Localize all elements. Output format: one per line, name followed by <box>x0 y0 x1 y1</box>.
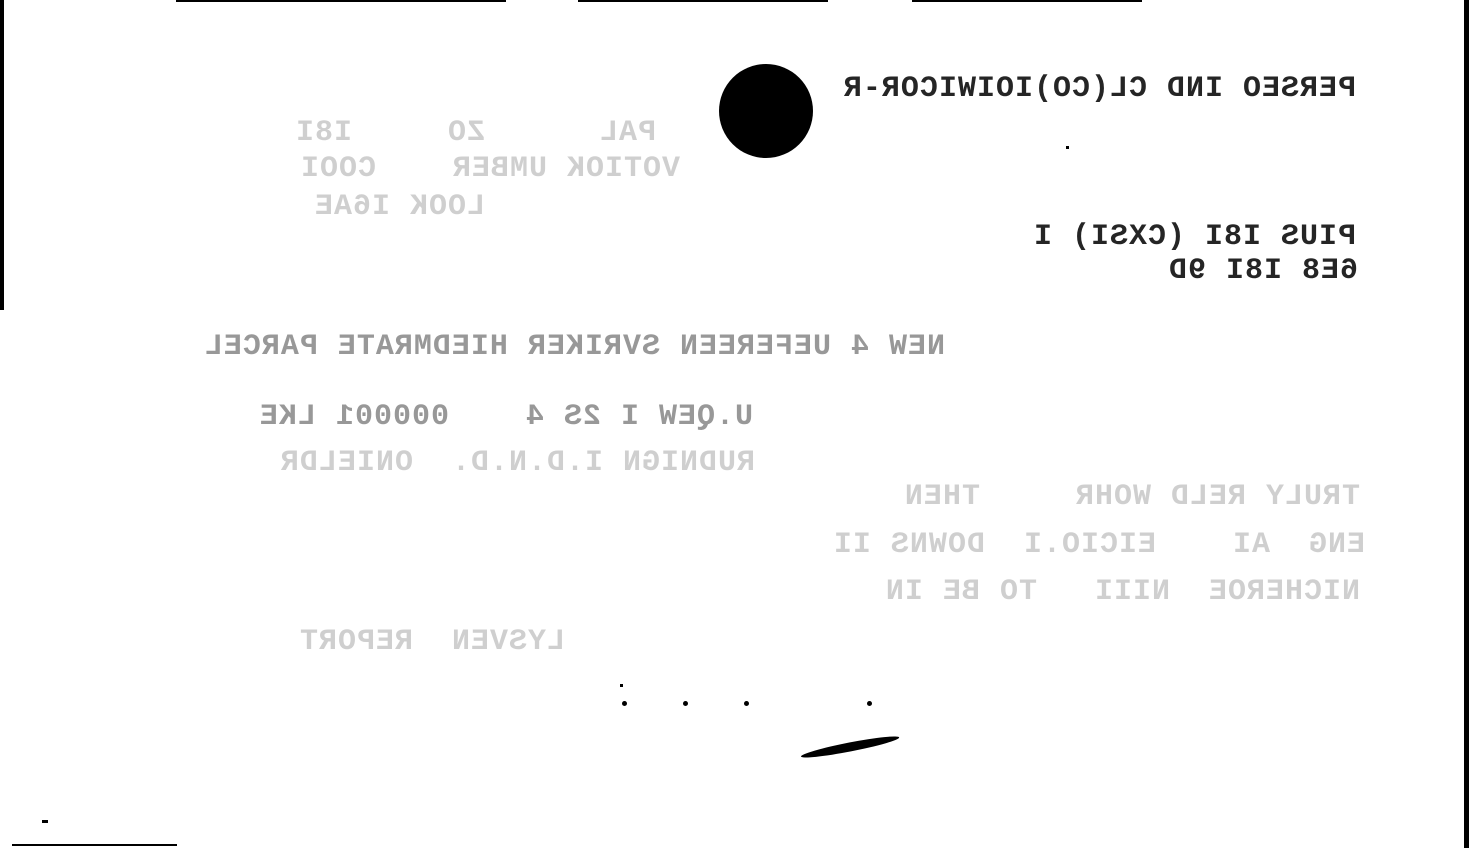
body-line-5: NICHEROE NIII TO BE IN <box>325 575 1360 609</box>
top-left-line-3: LOOK I6AE <box>245 190 485 224</box>
body-line-4: ENG AI EICIO.I DOWNS II <box>205 528 1365 562</box>
routing-line-1: PIUS I8I (CXSI) I <box>966 220 1356 254</box>
body-line-3: TRULY RELD WOHR THEN <box>660 480 1360 514</box>
scan-edge-top-1 <box>176 0 506 2</box>
mark-dot <box>867 701 872 706</box>
top-left-line-1: PAL ZO I8I <box>246 116 656 150</box>
mark-dot <box>622 701 627 706</box>
punch-hole <box>719 64 813 158</box>
top-left-line-2: VOTIOK UMBER COOI <box>215 152 680 186</box>
body-line-6: LYSVEN REPORT <box>215 625 565 659</box>
routing-line-2: 6E8 I8I 9D <box>1180 254 1358 288</box>
scan-edge-right <box>1464 0 1469 848</box>
scan-edge-bottom <box>12 844 177 846</box>
mark-dot <box>683 701 688 706</box>
mark-dot <box>744 701 749 706</box>
signature-stroke <box>800 733 900 761</box>
speck <box>42 820 48 823</box>
scan-edge-top-2 <box>578 0 828 2</box>
scan-edge-left <box>0 0 4 310</box>
speck <box>620 684 623 687</box>
speck <box>1066 146 1069 149</box>
body-line-1: U.QEW I 2S 4 000001 LKE <box>258 400 753 434</box>
body-line-2: RUDNIGN I.D.N.D. ONIELDR <box>205 446 755 480</box>
subject-line: NEW 4 UEFEREEN SVRIKER HIEDMRATE PARCEL <box>250 330 945 364</box>
scan-edge-top-3 <box>912 0 1142 2</box>
header-reference: PERSEO IND CL(CO)IOIWICOR-R <box>816 72 1356 106</box>
